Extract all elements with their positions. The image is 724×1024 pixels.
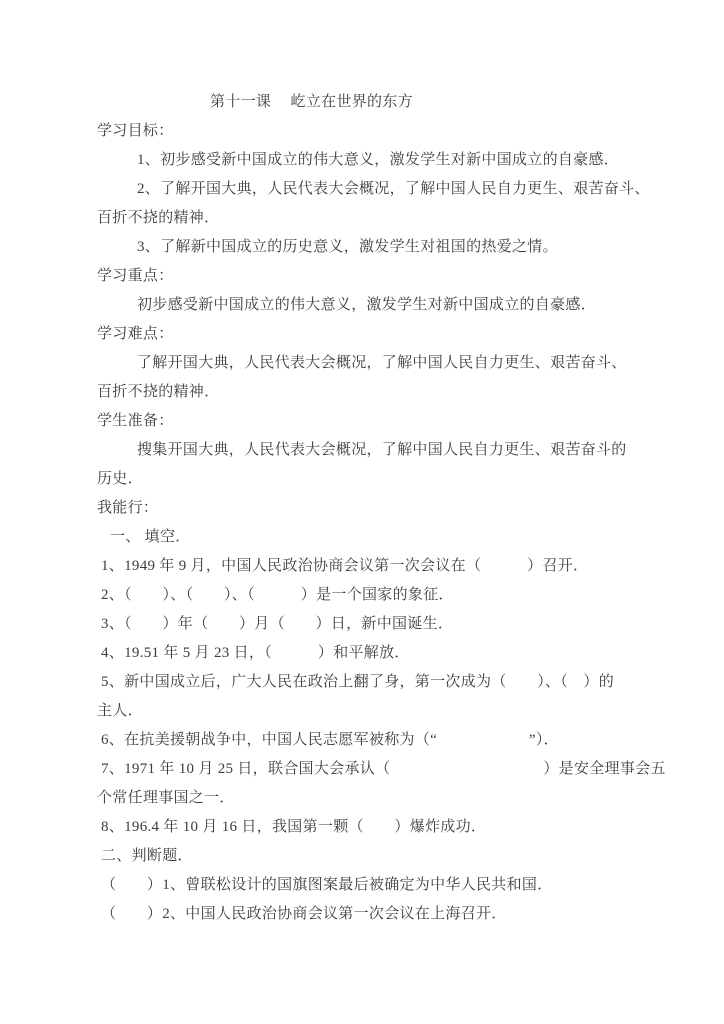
judge-line: （ ）2、中国人民政治协商会议第一次会议在上海召开． [101,900,664,929]
heading-fill-blanks: 一、 填空． [110,523,664,552]
continuation-line: 主人． [97,697,664,726]
continuation-line: 百折不挠的精神． [97,378,664,407]
question-line: 7、1971 年 10 月 25 日，联合国大会承认（ ）是安全理事会五 [101,755,664,784]
heading-difficult-points: 学习难点： [97,320,664,349]
question-line: 3、（ ）年（ ）月（ ）日，新中国诞生． [101,610,664,639]
question-line: 2、（ ）、（ ）、（ ）是一个国家的象征． [101,581,664,610]
heading-key-points: 学习重点： [97,262,664,291]
continuation-line: 个常任理事国之一． [97,784,664,813]
question-line: 6、在抗美援朝战争中，中国人民志愿军被称为（“ ”）． [101,726,664,755]
judge-line: （ ）1、曾联松设计的国旗图案最后被确定为中华人民共和国． [101,871,664,900]
objective-line: 3、了解新中国成立的历史意义，激发学生对祖国的热爱之情。 [137,233,664,262]
heading-learning-goals: 学习目标： [97,117,664,146]
continuation-line: 百折不挠的精神． [97,204,664,233]
question-line: 8、196.4 年 10 月 16 日，我国第一颗（ ）爆炸成功． [101,813,664,842]
text-line: 初步感受新中国成立的伟大意义，激发学生对新中国成立的自豪感． [137,291,664,320]
worksheet-page: 第十一课 屹立在世界的东方 学习目标： 1、初步感受新中国成立的伟大意义，激发学… [0,0,724,1024]
question-line: 5、新中国成立后，广大人民在政治上翻了身，第一次成为（ ）、（ ）的 [101,668,664,697]
heading-true-false: 二、判断题． [101,842,664,871]
text-line: 了解开国大典，人民代表大会概况，了解中国人民自力更生、艰苦奋斗、 [137,349,664,378]
heading-student-prep: 学生准备： [97,407,664,436]
question-line: 1、1949 年 9 月，中国人民政治协商会议第一次会议在（ ）召开． [101,552,664,581]
objective-line: 1、初步感受新中国成立的伟大意义，激发学生对新中国成立的自豪感． [137,146,664,175]
continuation-line: 历史． [97,465,664,494]
text-line: 搜集开国大典，人民代表大会概况，了解中国人民自力更生、艰苦奋斗的 [137,436,664,465]
question-line: 4、19.51 年 5 月 23 日，（ ）和平解放． [101,639,664,668]
heading-i-can: 我能行： [97,494,664,523]
lesson-title: 第十一课 屹立在世界的东方 [210,88,664,117]
objective-line: 2、了解开国大典，人民代表大会概况，了解中国人民自力更生、艰苦奋斗、 [137,175,664,204]
